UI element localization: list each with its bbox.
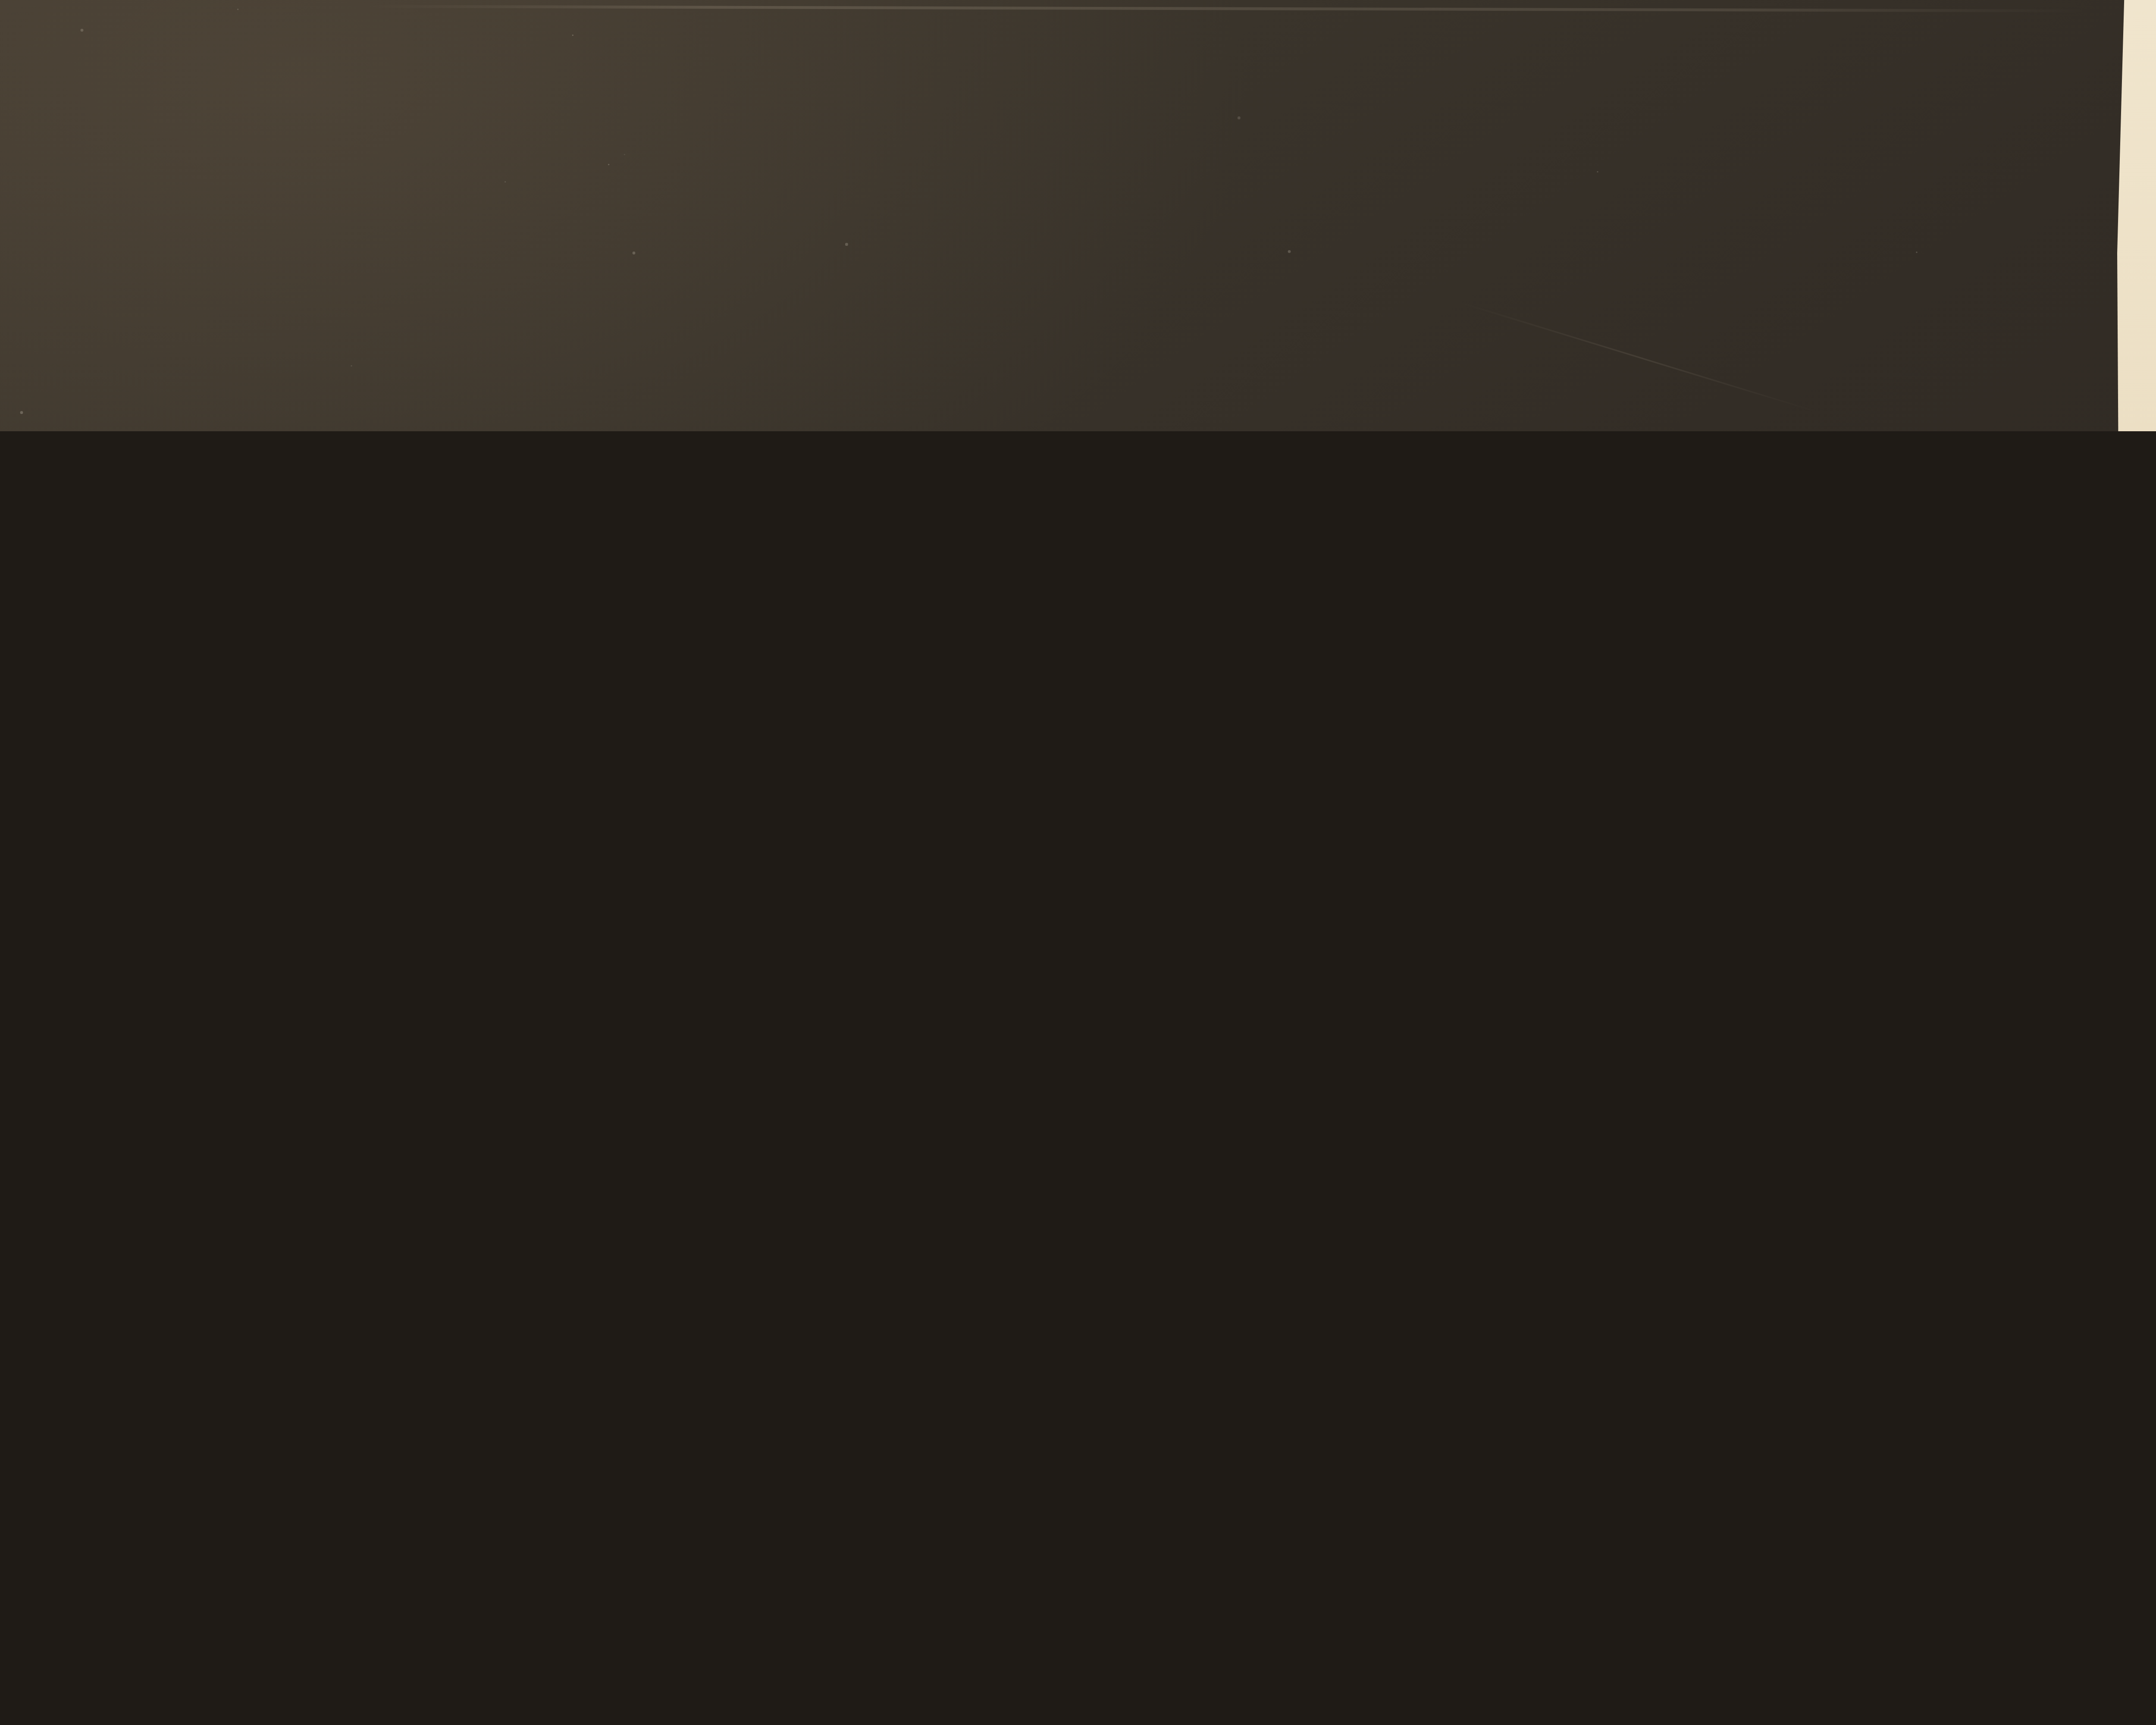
dust-speck bbox=[1288, 250, 1291, 253]
dust-speck bbox=[505, 181, 506, 183]
dust-speck bbox=[20, 411, 23, 414]
dust-speck bbox=[1916, 251, 1917, 253]
dust-speck bbox=[351, 365, 352, 367]
dust-speck bbox=[845, 243, 847, 245]
dust-speck bbox=[1238, 116, 1240, 119]
dust-speck bbox=[572, 34, 574, 36]
album-page-edge bbox=[2117, 0, 2156, 431]
dust-speck bbox=[633, 251, 636, 254]
dust-speck bbox=[624, 154, 626, 156]
backing-sheet-scratch bbox=[1460, 302, 1818, 413]
dust-speck bbox=[237, 9, 239, 11]
backing-sheet-crease bbox=[367, 5, 2084, 12]
photograph bbox=[0, 0, 2156, 431]
dust-speck bbox=[608, 164, 609, 165]
dust-speck bbox=[81, 29, 83, 31]
dust-speck bbox=[1597, 171, 1598, 173]
